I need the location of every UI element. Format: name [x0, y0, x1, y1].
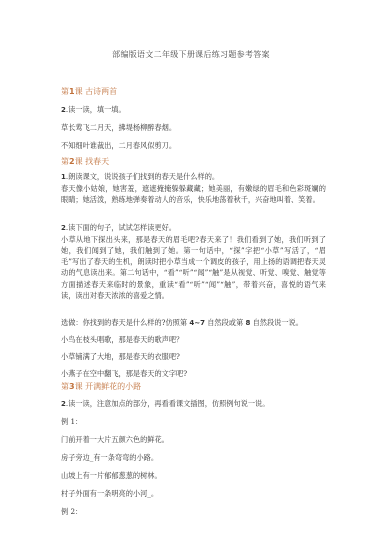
- document-title: 部编版语文二年级下册课后练习题参考答案: [0, 49, 382, 60]
- lesson-title: 课 找春天: [75, 157, 110, 166]
- example-label: 例 1：: [61, 416, 326, 428]
- example-label: 例 2：: [61, 506, 326, 518]
- answer-line: 村子外面有一条明亮的小河_。: [61, 488, 326, 500]
- question-text: 自然段说一说。: [250, 318, 303, 327]
- answer-line: 小草铺满了大地，那是春天的衣服吧?: [61, 351, 326, 363]
- header-prefix: 第: [61, 382, 69, 391]
- question: 2.读一读，填一填。: [61, 104, 326, 116]
- question-text: 选做：你找到的春天是什么样的?仿照第: [61, 318, 189, 327]
- document-page: 部编版语文二年级下册课后练习题参考答案 第1课 古诗两首 2.读一读，填一填。 …: [0, 0, 382, 540]
- question-text: .读一读，注意加点的部分，再看看课文插图，仿照例句说一说。: [66, 399, 270, 408]
- lesson-title: 课 开满鲜花的小路: [75, 382, 142, 391]
- header-prefix: 第: [61, 157, 69, 166]
- lesson-1-section: 第1课 古诗两首 2.读一读，填一填。 草长莺飞二月天，拂堤杨柳醉春烟。 不知细…: [61, 86, 326, 152]
- lesson-2-section: 第2课 找春天 1.朗读课文，说说孩子们找到的春天是什么样的。 春天像小姑娘，她…: [61, 156, 326, 380]
- answer-paragraph: 春天像小姑娘，她害羞，遮遮掩掩躲躲藏藏；她美丽，有嫩绿的眉毛和色彩斑斓的眼睛；她…: [61, 183, 326, 206]
- lesson-1-header: 第1课 古诗两首: [61, 86, 326, 98]
- question-text: .读下面的句子，试试怎样读更好。: [66, 223, 176, 232]
- lesson-title: 课 古诗两首: [75, 87, 118, 96]
- answer-line: 小鸟在枝头唱歌，那是春天的歌声吧？: [61, 334, 326, 346]
- lesson-3-header: 第3课 开满鲜花的小路: [61, 381, 326, 393]
- answer-line: 不知细叶谁裁出，二月春风似剪刀。: [61, 140, 326, 152]
- lesson-2-header: 第2课 找春天: [61, 156, 326, 168]
- question-text: 自然段或第: [205, 318, 246, 327]
- question: 2.读一读，注意加点的部分，再看看课文插图，仿照例句说一说。: [61, 398, 326, 410]
- header-prefix: 第: [61, 87, 69, 96]
- answer-line: 小燕子在空中翻飞，那是春天的文字吧?: [61, 368, 326, 380]
- question: 2.读下面的句子，试试怎样读更好。: [61, 222, 326, 234]
- paragraph-range: 4~7: [189, 319, 205, 327]
- answer-line: 房子旁边_有一条弯弯的小路。: [61, 452, 326, 464]
- answer-line: 门前开着一大片五颜六色的鲜花。: [61, 434, 326, 446]
- answer-line: 山坡上有一片郁郁葱葱的树林。: [61, 470, 326, 482]
- question-text: .读一读，填一填。: [66, 105, 126, 114]
- lesson-3-section: 第3课 开满鲜花的小路 2.读一读，注意加点的部分，再看看课文插图，仿照例句说一…: [61, 381, 326, 518]
- answer-paragraph: 小草从地下探出头来，那是春天的眉毛吧?春天来了！我们看到了她，我们听到了她，我们…: [61, 234, 326, 302]
- question: 1.朗读课文，说说孩子们找到的春天是什么样的。: [61, 171, 326, 183]
- answer-line: 草长莺飞二月天，拂堤杨柳醉春烟。: [61, 122, 326, 134]
- question-text: .朗读课文，说说孩子们找到的春天是什么样的。: [66, 172, 219, 181]
- optional-question: 选做：你找到的春天是什么样的?仿照第 4~7 自然段或第 8 自然段说一说。: [61, 317, 326, 329]
